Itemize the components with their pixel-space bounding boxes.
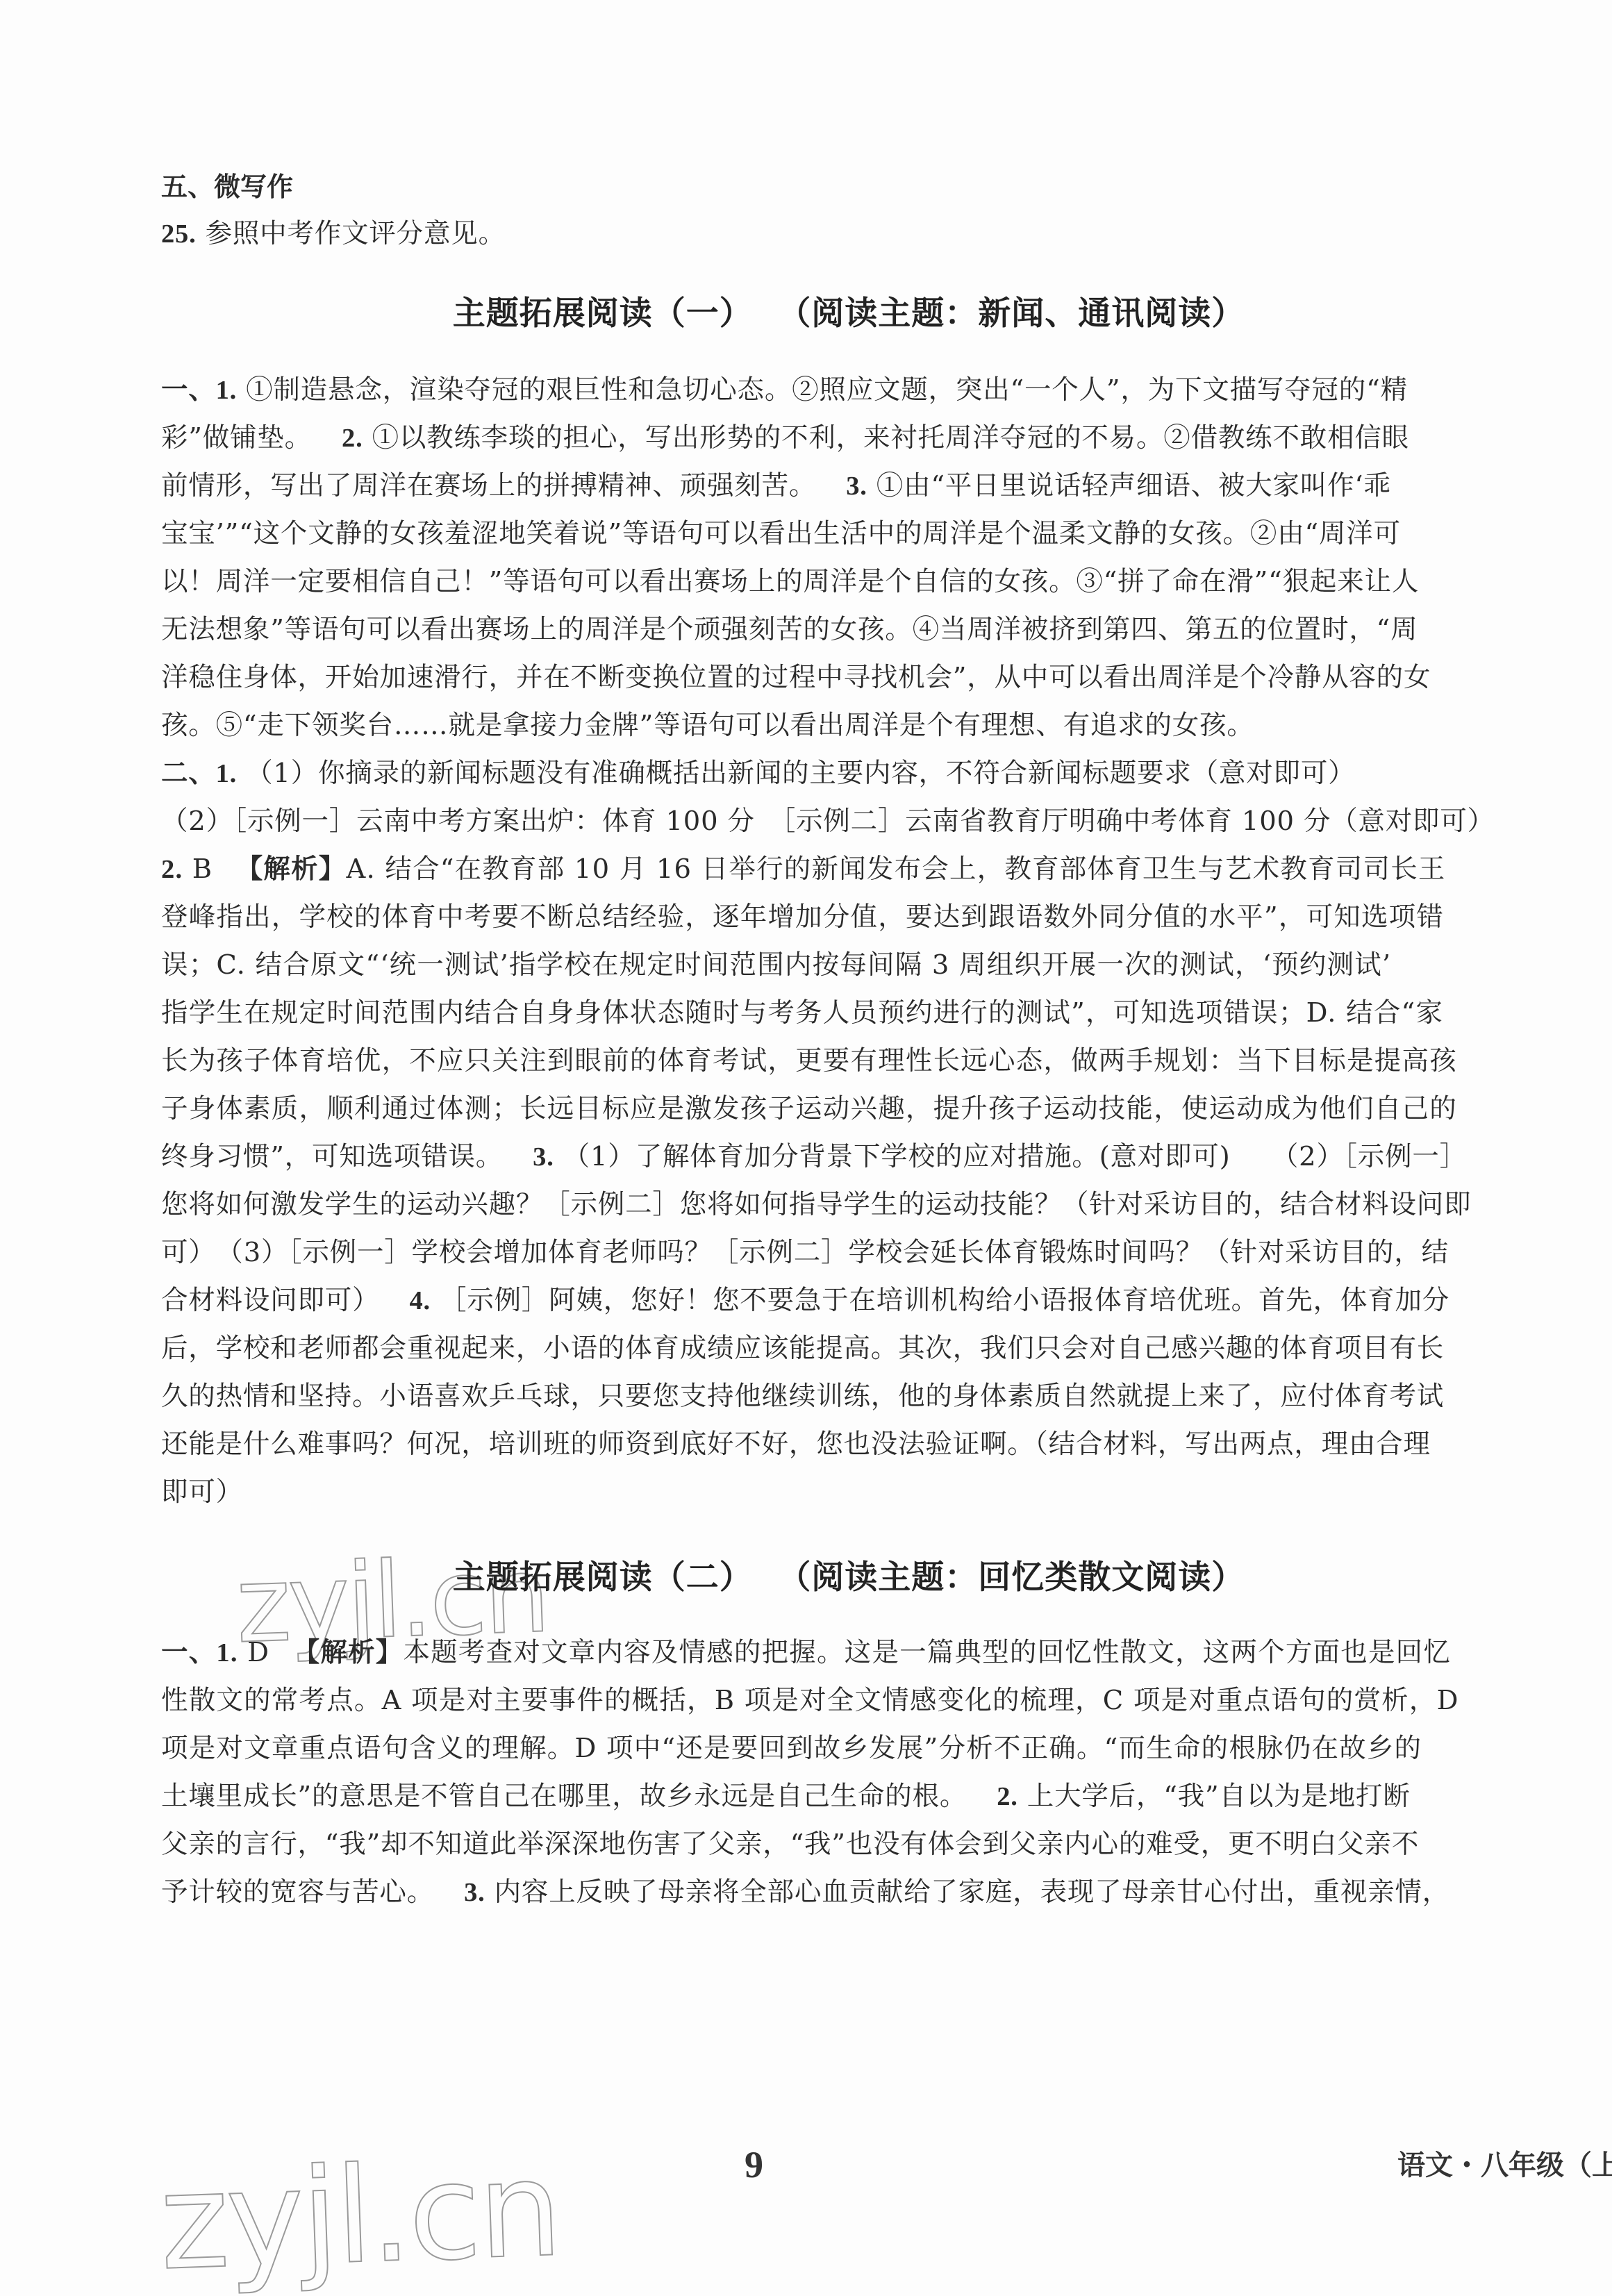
answer-line: 土壤里成长”的意思是不管自己在哪里，故乡永远是自己生命的根。 2. 上大学后，“… bbox=[161, 1772, 1536, 1820]
answer-line: 予计较的宽容与苦心。 3. 内容上反映了母亲将全部心血贡献给了家庭，表现了母亲甘… bbox=[161, 1868, 1536, 1916]
answer-text: 合材料设问即可） bbox=[161, 1285, 379, 1316]
answer-line: 前情形，写出了周洋在赛场上的拼搏精神、顽强刻苦。 3. ①由“平日里说话轻声细语… bbox=[161, 462, 1536, 510]
answer-text: ①以教练李琰的担心，写出形势的不利，来衬托周洋夺冠的不易。②借教练不敢相信眼 bbox=[372, 422, 1409, 454]
part-prefix: 一、1. bbox=[161, 376, 237, 405]
question-number: 3. bbox=[464, 1878, 485, 1907]
answer-text: ①制造悬念，渲染夺冠的艰巨性和急切心态。②照应文题，突出“一个人”，为下文描写夺… bbox=[246, 374, 1408, 406]
answer-line: 彩”做铺垫。 2. ①以教练李琰的担心，写出形势的不利，来衬托周洋夺冠的不易。②… bbox=[161, 414, 1536, 462]
question-number: 3. bbox=[846, 472, 867, 501]
answer-line: 可） （3）［示例一］学校会增加体育老师吗？［示例二］学校会延长体育锻炼时间吗？… bbox=[161, 1229, 1536, 1276]
question-answer: 参照中考作文评分意见。 bbox=[206, 218, 506, 249]
watermark: zyjl.cn bbox=[157, 2132, 561, 2296]
heading-title: 主题拓展阅读（二） bbox=[453, 1558, 753, 1597]
book-label: 语文・八年级（上 bbox=[1397, 2145, 1612, 2186]
answer-line: 指学生在规定时间范围内结合自身身体状态随时与考务人员预约进行的测试”，可知选项错… bbox=[161, 989, 1536, 1037]
answer-line: 2. B 【解析】A. 结合“在教育部 10 月 16 日举行的新闻发布会上，教… bbox=[161, 845, 1536, 893]
answer-text: 终身习惯”，可知选项错误。 bbox=[161, 1141, 503, 1172]
answer-text: 彩”做铺垫。 bbox=[161, 422, 312, 454]
question-25: 25. 参照中考作文评分意见。 bbox=[161, 210, 1536, 258]
answer-line: 洋稳住身体，开始加速滑行，并在不断变换位置的过程中寻找机会”，从中可以看出周洋是… bbox=[161, 654, 1536, 701]
question-number: 2. bbox=[997, 1782, 1017, 1811]
answer-line: 无法想象”等语句可以看出赛场上的周洋是个顽强刻苦的女孩。④当周洋被挤到第四、第五… bbox=[161, 606, 1536, 654]
answer-line: 二、1. （1）你摘录的新闻标题没有准确概括出新闻的主要内容，不符合新闻标题要求… bbox=[161, 749, 1536, 797]
analysis-tag: 【解析】 bbox=[293, 1638, 404, 1667]
part-prefix: 一、1. bbox=[161, 1638, 238, 1667]
section-five-title: 五、微写作 bbox=[161, 164, 1536, 210]
answer-text: （1）你摘录的新闻标题没有准确概括出新闻的主要内容，不符合新闻标题要求（意对即可… bbox=[246, 758, 1355, 789]
answer-text: 上大学后，“我”自以为是地打断 bbox=[1027, 1781, 1411, 1812]
question-number: 2. bbox=[161, 855, 183, 884]
answer-line: 一、1. D 【解析】本题考查对文章内容及情感的把握。这是一篇典型的回忆性散文，… bbox=[161, 1629, 1536, 1677]
answer-text: 内容上反映了母亲将全部心血贡献给了家庭，表现了母亲甘心付出，重视亲情， bbox=[495, 1877, 1450, 1908]
answer-choice: D bbox=[247, 1637, 269, 1668]
answer-line: 误；C. 结合原文“‘统一测试’指学校在规定时间范围内按每间隔 3 周组织开展一… bbox=[161, 941, 1536, 989]
answer-line: 性散文的常考点。A 项是对主要事件的概括，B 项是对全文情感变化的梳理，C 项是… bbox=[161, 1677, 1536, 1724]
answer-line: 登峰指出，学校的体育中考要不断总结经验，逐年增加分值，要达到跟语数外同分值的水平… bbox=[161, 893, 1536, 941]
answer-text: 本题考查对文章内容及情感的把握。这是一篇典型的回忆性散文，这两个方面也是回忆 bbox=[403, 1637, 1451, 1668]
reading-one-heading: 主题拓展阅读（一）（阅读主题：新闻、通讯阅读） bbox=[161, 290, 1536, 338]
answer-line: 久的热情和坚持。小语喜欢乒乓球，只要您支持他继续训练，他的身体素质自然就提上来了… bbox=[161, 1372, 1536, 1420]
heading-title: 主题拓展阅读（一） bbox=[453, 294, 753, 333]
answer-line: （2）［示例一］云南中考方案出炉：体育 100 分 ［示例二］云南省教育厅明确中… bbox=[161, 797, 1536, 845]
answer-text: A. 结合“在教育部 10 月 16 日举行的新闻发布会上，教育部体育卫生与艺术… bbox=[347, 854, 1446, 885]
answer-line: 长为孩子体育培优，不应只关注到眼前的体育考试，更要有理性长远心态，做两手规划：当… bbox=[161, 1037, 1536, 1085]
answer-line: 合材料设问即可） 4. ［示例］阿姨，您好！您不要急于在培训机构给小语报体育培优… bbox=[161, 1276, 1536, 1324]
question-number: 25. bbox=[161, 219, 197, 249]
answer-text: 土壤里成长”的意思是不管自己在哪里，故乡永远是自己生命的根。 bbox=[161, 1781, 967, 1812]
answer-line: 一、1. ①制造悬念，渲染夺冠的艰巨性和急切心态。②照应文题，突出“一个人”，为… bbox=[161, 366, 1536, 414]
answer-text: （1）了解体育加分背景下学校的应对措施。(意对即可) （2）［示例一］ bbox=[563, 1141, 1467, 1172]
heading-subtitle: （阅读主题：回忆类散文阅读） bbox=[795, 1558, 1245, 1597]
answer-text: 前情形，写出了周洋在赛场上的拼搏精神、顽强刻苦。 bbox=[161, 470, 816, 501]
page-content: 五、微写作 25. 参照中考作文评分意见。 主题拓展阅读（一）（阅读主题：新闻、… bbox=[161, 164, 1536, 1916]
answer-line: 即可） bbox=[161, 1468, 1536, 1516]
answer-line: 父亲的言行，“我”却不知道此举深深地伤害了父亲，“我”也没有体会到父亲内心的难受… bbox=[161, 1820, 1536, 1868]
reading-two-heading: 主题拓展阅读（二）（阅读主题：回忆类散文阅读） bbox=[161, 1554, 1536, 1602]
answer-text: ①由“平日里说话轻声细语、被大家叫作‘乖 bbox=[876, 470, 1391, 501]
heading-subtitle: （阅读主题：新闻、通讯阅读） bbox=[795, 294, 1245, 333]
answer-line: 还能是什么难事吗？何况，培训班的师资到底好不好，您也没法验证啊。（结合材料，写出… bbox=[161, 1420, 1536, 1468]
answer-line: 您将如何激发学生的运动兴趣？［示例二］您将如何指导学生的运动技能？（针对采访目的… bbox=[161, 1181, 1536, 1229]
answer-line: 子身体素质，顺利通过体测；长远目标应是激发孩子运动兴趣，提升孩子运动技能，使运动… bbox=[161, 1085, 1536, 1133]
answer-line: 孩。⑤“走下领奖台……就是拿接力金牌”等语句可以看出周洋是个有理想、有追求的女孩… bbox=[161, 701, 1536, 749]
part-prefix: 二、1. bbox=[161, 759, 237, 788]
question-number: 3. bbox=[533, 1142, 554, 1172]
answer-line: 以！周洋一定要相信自己！”等语句可以看出赛场上的周洋是个自信的女孩。③“拼了命在… bbox=[161, 558, 1536, 606]
answer-text: ［示例］阿姨，您好！您不要急于在培训机构给小语报体育培优班。首先，体育加分 bbox=[440, 1285, 1449, 1316]
question-number: 4. bbox=[409, 1286, 430, 1315]
answer-line: 后，学校和老师都会重视起来，小语的体育成绩应该能提高。其次，我们只会对自己感兴趣… bbox=[161, 1324, 1536, 1372]
answer-line: 宝宝’”“这个文静的女孩羞涩地笑着说”等语句可以看出生活中的周洋是个温柔文静的女… bbox=[161, 510, 1536, 558]
question-number: 2. bbox=[342, 424, 363, 453]
analysis-tag: 【解析】 bbox=[236, 855, 347, 884]
answer-choice: B bbox=[192, 854, 213, 885]
answer-line: 终身习惯”，可知选项错误。 3. （1）了解体育加分背景下学校的应对措施。(意对… bbox=[161, 1133, 1536, 1181]
page-number: 9 bbox=[745, 2140, 763, 2189]
answer-text: 予计较的宽容与苦心。 bbox=[161, 1877, 434, 1908]
answer-line: 项是对文章重点语句含义的理解。D 项中“还是要回到故乡发展”分析不正确。“而生命… bbox=[161, 1724, 1536, 1772]
answer-key-page: zyjl.cn 五、微写作 25. 参照中考作文评分意见。 主题拓展阅读（一）（… bbox=[0, 0, 1612, 2296]
